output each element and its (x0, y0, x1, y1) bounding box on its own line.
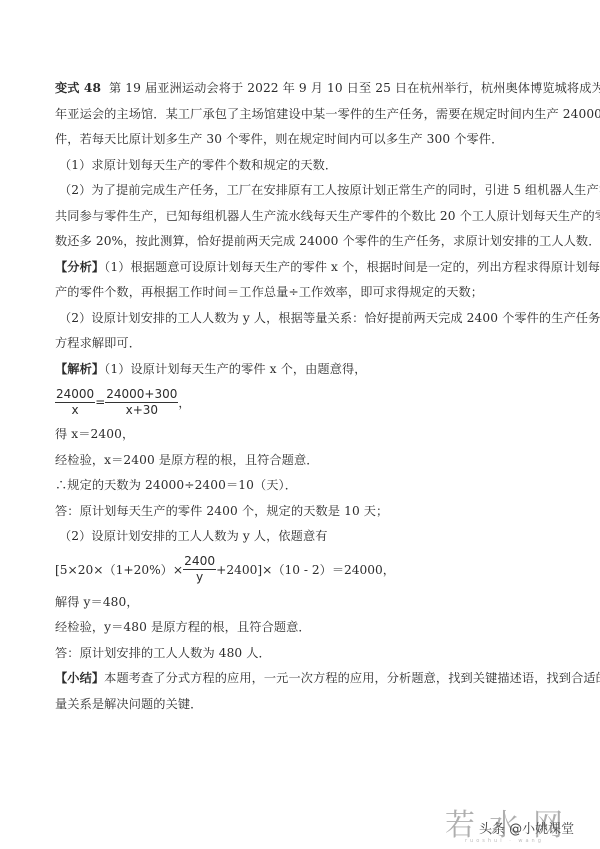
solution-line-7: 经检验，y＝480 是原方程的根，且符合题意． (55, 615, 555, 641)
solution-intro: 【解析】（1）设原计划每天生产的零件 x 个，由题意得， (55, 357, 555, 383)
problem-label: 变式 48 (55, 81, 101, 95)
solution-line-5: （2）设原计划安排的工人人数为 y 人，依题意有 (55, 524, 555, 550)
summary-line-1: 【小结】本题考查了分式方程的应用，一元一次方程的应用，分析题意，找到关键描述语，… (55, 666, 555, 692)
analysis-line-3: （2）设原计划安排的工人人数为 y 人，根据等量关系：恰好提前两天完成 2400… (55, 306, 555, 332)
fraction-right: 24000+300 x+30 (105, 387, 178, 418)
document-page: 变式 48 第 19 届亚洲运动会将于 2022 年 9 月 10 日至 25 … (55, 76, 555, 717)
analysis-line-4: 方程求解即可． (55, 331, 555, 357)
watermark-author: 头条 @小姚课堂 (479, 818, 574, 837)
analysis-line-2: 产的零件个数，再根据工作时间＝工作总量÷工作效率，即可求得规定的天数； (55, 280, 555, 306)
question-1: （1）求原计划每天生产的零件个数和规定的天数． (55, 153, 555, 179)
watermark-subtext: ruoshui · wang (465, 838, 544, 844)
fraction-left: 24000 x (55, 387, 95, 418)
question-2-line-1: （2）为了提前完成生产任务，工厂在安排原有工人按原计划正常生产的同时，引进 5 … (55, 178, 555, 204)
summary-label: 【小结】 (55, 671, 104, 685)
equation-2: [5×20×（1+20%）× 2400 y +2400]×（10 - 2）＝24… (55, 550, 555, 590)
watermark: 若水网 头条 @小姚课堂 ruoshui · wang (445, 800, 595, 845)
summary-line-2: 量关系是解决问题的关键． (55, 692, 555, 718)
problem-line-1: 变式 48 第 19 届亚洲运动会将于 2022 年 9 月 10 日至 25 … (55, 76, 555, 102)
solution-label: 【解析】 (55, 362, 104, 376)
solution-line-4: 答：原计划每天生产的零件 2400 个，规定的天数是 10 天； (55, 499, 555, 525)
solution-line-2: 经检验，x＝2400 是原方程的根，且符合题意． (55, 448, 555, 474)
analysis-line-1: 【分析】（1）根据题意可设原计划每天生产的零件 x 个，根据时间是一定的，列出方… (55, 255, 555, 281)
solution-line-6: 解得 y＝480， (55, 590, 555, 616)
solution-line-3: ∴规定的天数为 24000÷2400＝10（天）． (55, 473, 555, 499)
fraction-2400-y: 2400 y (183, 554, 216, 585)
analysis-label: 【分析】 (55, 260, 104, 274)
question-2-line-3: 数还多 20%，按此测算，恰好提前两天完成 24000 个零件的生产任务，求原计… (55, 229, 555, 255)
solution-line-8: 答：原计划安排的工人人数为 480 人． (55, 641, 555, 667)
question-2-line-2: 共同参与零件生产，已知每组机器人生产流水线每天生产零件的个数比 20 个工人原计… (55, 204, 555, 230)
problem-line-2: 年亚运会的主场馆．某工厂承包了主场馆建设中某一零件的生产任务，需要在规定时间内生… (55, 102, 555, 128)
problem-line-3: 件，若每天比原计划多生产 30 个零件，则在规定时间内可以多生产 300 个零件… (55, 127, 555, 153)
solution-line-1: 得 x＝2400， (55, 422, 555, 448)
equation-1: 24000 x = 24000+300 x+30 ， (55, 382, 555, 422)
